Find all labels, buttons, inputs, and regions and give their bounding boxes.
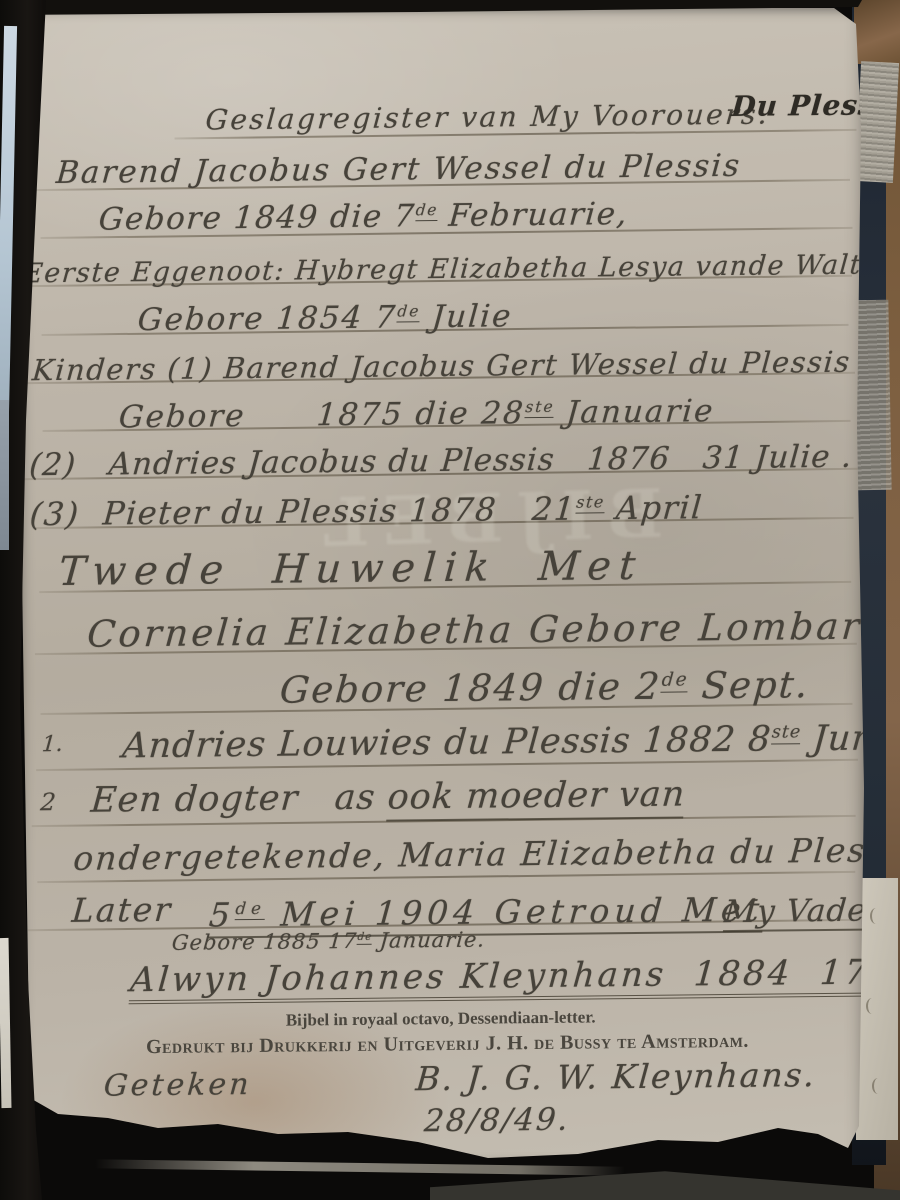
signature-label: Geteken [103,1070,253,1102]
signature-date: 28/8/49. [423,1105,571,1138]
entry-second-wife: Cornelia Elizabetha Gebore Lombard, [86,607,900,653]
text-part: Gebore 1885 17 [171,929,358,955]
page-title: Geslagregister van My Voorouers. [204,101,770,135]
back-page-scribble [870,908,882,924]
printed-imprint-line1: Bijbel in royaal octavo, Dessendiaan-let… [286,1008,596,1028]
text-part: Andries Louwies du Plessis 1882 8 [121,720,773,767]
ordinal-suffix: de [415,201,439,221]
entry-first-wife: Eerste Eggenoot: Hybregt Elizabetha Lesy… [22,252,863,288]
entry-husband-name: Barend Jacobus Gert Wessel du Plessis [55,151,742,189]
text-part: Gebore 1849 die 2 [278,665,663,712]
later-word: Later [71,893,174,927]
text-part: Gebore 1849 die 7 [97,198,416,237]
entry-m2-child2-continued: ondergetekende, Maria Elizabetha du Ples… [72,833,900,875]
entry-father-born: Gebore 1885 17de Januarie. [171,930,486,954]
entry-second-marriage: Twede Huwelik Met [57,546,644,592]
text-part: Mei 1904 Getroud Met [264,890,766,934]
margin-number-2: 2 [40,790,57,814]
entry-m2-child2: Een dogter as ook moeder van [90,777,687,818]
entry-child1-born: Gebore 1875 die 28ste Januarie [118,396,716,433]
entry-child2: (2) Andries Jacobus du Plessis 1876 31 J… [28,442,853,482]
ordinal-suffix: de [235,899,267,920]
ordinal-suffix: de [661,669,690,692]
text-part: Gebore 1875 die 28 [117,395,526,435]
photo-of-register-page: BIJBEL Geslagregister van My Voorouers. … [0,0,900,1200]
text-part: Februarie, [436,196,629,234]
page-fragment [855,61,899,183]
entry-married-1904: 5de Mei 1904 Getroud Met [208,893,765,932]
margin-number-1: 1. [41,734,64,756]
sheet-below-page [95,1159,625,1175]
text-part: Gebore 1854 7 [136,299,398,338]
page-fragment [854,300,891,491]
back-page-scribble [866,998,878,1014]
back-page-scribble [872,1078,884,1094]
page-fragment [854,0,900,64]
register-page: BIJBEL Geslagregister van My Voorouers. … [18,8,864,1160]
entry-husband-born: Gebore 1849 die 7de Februarie, [98,199,630,236]
text-part: Julie [419,298,514,335]
entry-first-wife-born: Gebore 1854 7de Julie [137,301,514,336]
back-page-edge [856,878,898,1140]
text-part: Sept. [686,663,811,707]
ordinal-suffix: de [357,931,373,945]
ordinal-suffix: ste [525,397,556,417]
entry-children-heading: Kinders (1) Barend Jacobus Gert Wessel d… [31,348,852,386]
text-part: (3) Pieter du Plessis 1878 21 [28,490,577,534]
text-part: Januarie. [371,928,486,953]
ordinal-suffix: ste [771,723,802,745]
text-part: April [603,488,704,527]
entry-child3: (3) Pieter du Plessis 1878 21ste April [29,491,705,530]
underlined-text: ook moeder van [386,774,687,821]
text-part: Januarie [553,393,716,431]
page-content: BIJBEL Geslagregister van My Voorouers. … [13,4,871,1165]
ordinal-suffix: ste [575,493,605,514]
my-father-label: My Vader [723,895,884,932]
background-sliver-gray [0,400,9,550]
printed-imprint-line2: Gedrukt bij Drukkerij en Uitgeverij J. H… [146,1031,749,1057]
entry-m2-child1: Andries Louwies du Plessis 1882 8ste Jun… [121,721,900,764]
entry-second-wife-born: Gebore 1849 die 2de Sept. [279,666,811,709]
text-part: Een dogter as [89,778,389,821]
signature-name: B. J. G. W. Kleynhans. [415,1058,818,1095]
text-part: 5 [208,895,237,934]
ordinal-suffix: de [397,302,422,322]
entry-father-name: Alwyn Johannes Kleynhans 1884 17 Apr. [129,955,900,1005]
